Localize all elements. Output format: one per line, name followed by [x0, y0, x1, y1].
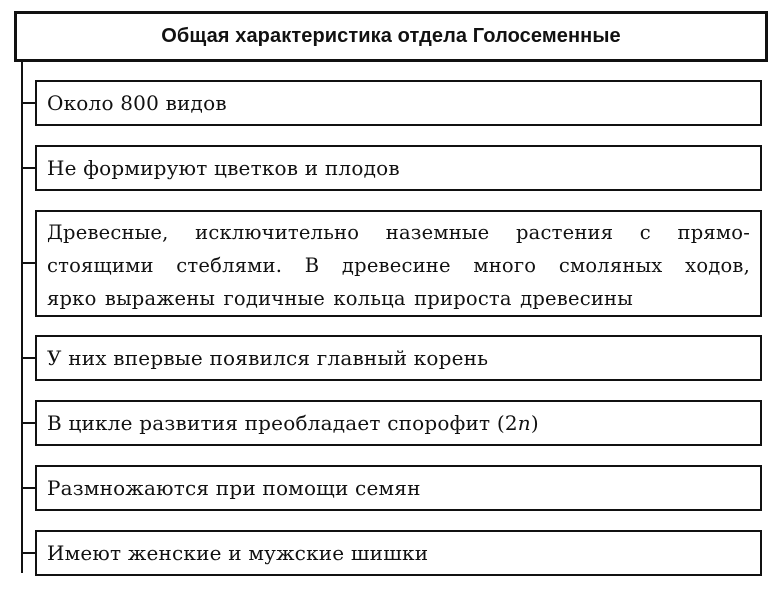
- diagram-title: Общая характеристика отдела Голосеменные: [161, 25, 620, 48]
- characteristic-text: Размножаются при помощи семян: [47, 472, 421, 505]
- connector-branch-4: [21, 357, 35, 359]
- characteristic-box-woody-plants: Древесные, исключительно наземные растен…: [35, 210, 762, 317]
- text-part: В цикле развития преобладает спорофит (2: [47, 411, 518, 435]
- characteristic-text: В цикле развития преобладает спорофит (2…: [47, 407, 539, 440]
- connector-trunk-line: [21, 61, 23, 573]
- text-part: ): [531, 411, 539, 435]
- characteristic-text: Около 800 видов: [47, 87, 227, 120]
- characteristic-box-cones: Имеют женские и мужские шишки: [35, 530, 762, 576]
- connector-branch-5: [21, 422, 35, 424]
- connector-branch-2: [21, 167, 35, 169]
- characteristic-text: Имеют женские и мужские шишки: [47, 537, 428, 570]
- connector-branch-7: [21, 552, 35, 554]
- text-line: стоящими стеблями. В древесине много смо…: [47, 249, 750, 282]
- characteristic-text: Не формируют цветков и плодов: [47, 152, 400, 185]
- connector-branch-6: [21, 487, 35, 489]
- diagram-title-box: Общая характеристика отдела Голосеменные: [14, 11, 768, 62]
- characteristic-box-main-root: У них впервые появился главный корень: [35, 335, 762, 381]
- characteristic-box-seeds: Размножаются при помощи семян: [35, 465, 762, 511]
- ploidy-symbol: n: [518, 411, 531, 435]
- characteristic-box-sporophyte: В цикле развития преобладает спорофит (2…: [35, 400, 762, 446]
- characteristic-box-no-flowers: Не формируют цветков и плодов: [35, 145, 762, 191]
- characteristic-text: У них впервые появился главный корень: [47, 342, 488, 375]
- connector-branch-1: [21, 102, 35, 104]
- characteristic-box-species-count: Около 800 видов: [35, 80, 762, 126]
- characteristic-text-multiline: Древесные, исключительно наземные растен…: [47, 216, 750, 315]
- connector-branch-3: [21, 262, 35, 264]
- text-line: Древесные, исключительно наземные растен…: [47, 216, 750, 249]
- text-line: ярко выражены годичные кольца прироста д…: [47, 282, 750, 315]
